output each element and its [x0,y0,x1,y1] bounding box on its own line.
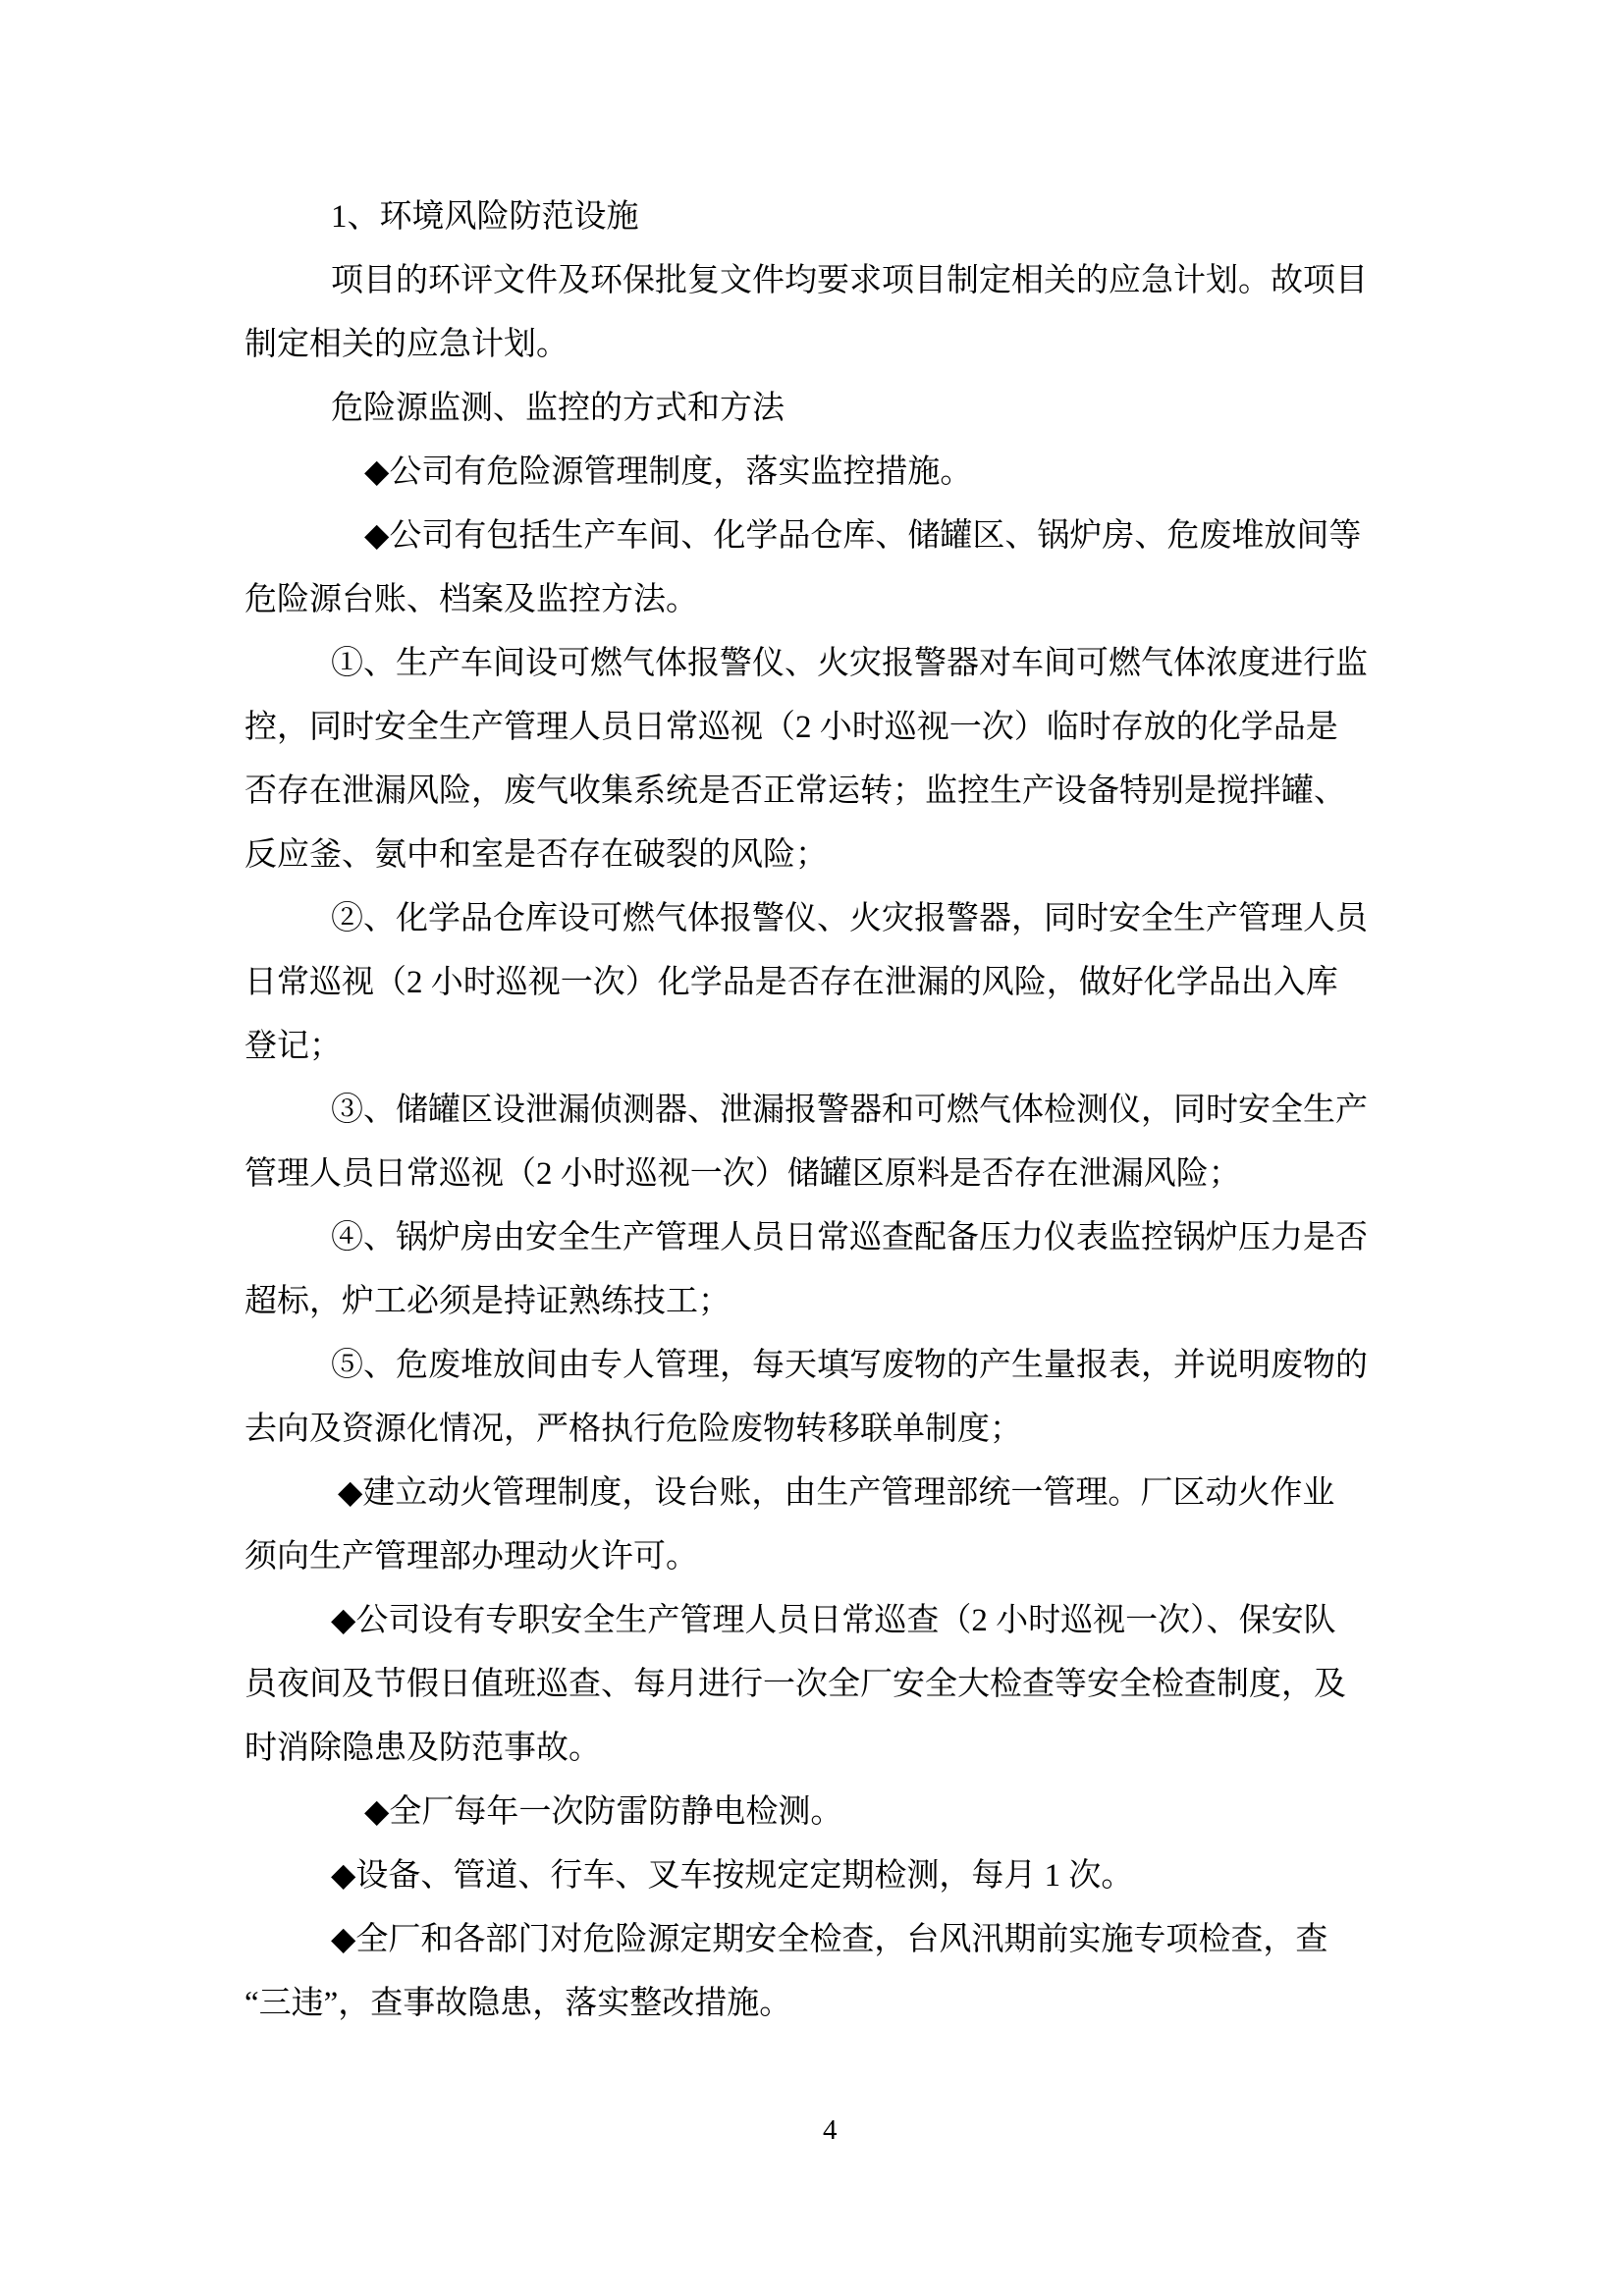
doc-line: ◆公司有包括生产车间、化学品仓库、储罐区、锅炉房、危废堆放间等 [244,505,1388,568]
doc-line: ③、储罐区设泄漏侦测器、泄漏报警器和可燃气体检测仪，同时安全生产 [244,1079,1388,1143]
doc-line: 否存在泄漏风险，废气收集系统是否正常运转；监控生产设备特别是搅拌罐、 [244,760,1388,824]
doc-line: 去向及资源化情况，严格执行危险废物转移联单制度； [244,1398,1388,1462]
page-number: 4 [823,2116,838,2145]
doc-line: 日常巡视（2 小时巡视一次）化学品是否存在泄漏的风险，做好化学品出入库 [244,951,1388,1015]
doc-line: 危险源台账、档案及监控方法。 [244,568,1388,632]
doc-line: 须向生产管理部办理动火许可。 [244,1525,1388,1589]
doc-line: 员夜间及节假日值班巡查、每月进行一次全厂安全大检查等安全检查制度，及 [244,1653,1388,1717]
doc-line: ◆全厂每年一次防雷防静电检测。 [244,1781,1388,1844]
doc-line: 项目的环评文件及环保批复文件均要求项目制定相关的应急计划。故项目 [244,249,1388,313]
doc-line: 登记； [244,1015,1388,1079]
doc-line: ◆全厂和各部门对危险源定期安全检查，台风汛期前实施专项检查，查 [244,1908,1388,1972]
doc-line: 控，同时安全生产管理人员日常巡视（2 小时巡视一次）临时存放的化学品是 [244,696,1388,760]
doc-line: ◆建立动火管理制度，设台账，由生产管理部统一管理。厂区动火作业 [244,1462,1388,1525]
doc-line: ①、生产车间设可燃气体报警仪、火灾报警器对车间可燃气体浓度进行监 [244,632,1388,696]
doc-line: 反应釜、氨中和室是否存在破裂的风险； [244,824,1388,887]
doc-line: 时消除隐患及防范事故。 [244,1717,1388,1781]
doc-line: 制定相关的应急计划。 [244,313,1388,377]
doc-line: ◆公司设有专职安全生产管理人员日常巡查（2 小时巡视一次）、保安队 [244,1589,1388,1653]
document-page: 1、环境风险防范设施 项目的环评文件及环保批复文件均要求项目制定相关的应急计划。… [0,0,1624,2296]
doc-line: ◆设备、管道、行车、叉车按规定定期检测，每月 1 次。 [244,1844,1388,1908]
doc-line: ④、锅炉房由安全生产管理人员日常巡查配备压力仪表监控锅炉压力是否 [244,1206,1388,1270]
section-heading: 1、环境风险防范设施 [244,186,1388,249]
doc-line: 管理人员日常巡视（2 小时巡视一次）储罐区原料是否存在泄漏风险； [244,1143,1388,1206]
doc-line: ◆公司有危险源管理制度，落实监控措施。 [244,441,1388,505]
doc-line: ②、化学品仓库设可燃气体报警仪、火灾报警器，同时安全生产管理人员 [244,887,1388,951]
doc-line: “三违”，查事故隐患，落实整改措施。 [244,1972,1388,2036]
document-body: 1、环境风险防范设施 项目的环评文件及环保批复文件均要求项目制定相关的应急计划。… [244,186,1388,2036]
doc-line: ⑤、危废堆放间由专人管理，每天填写废物的产生量报表，并说明废物的 [244,1334,1388,1398]
doc-line: 超标，炉工必须是持证熟练技工； [244,1270,1388,1334]
doc-line: 危险源监测、监控的方式和方法 [244,377,1388,441]
